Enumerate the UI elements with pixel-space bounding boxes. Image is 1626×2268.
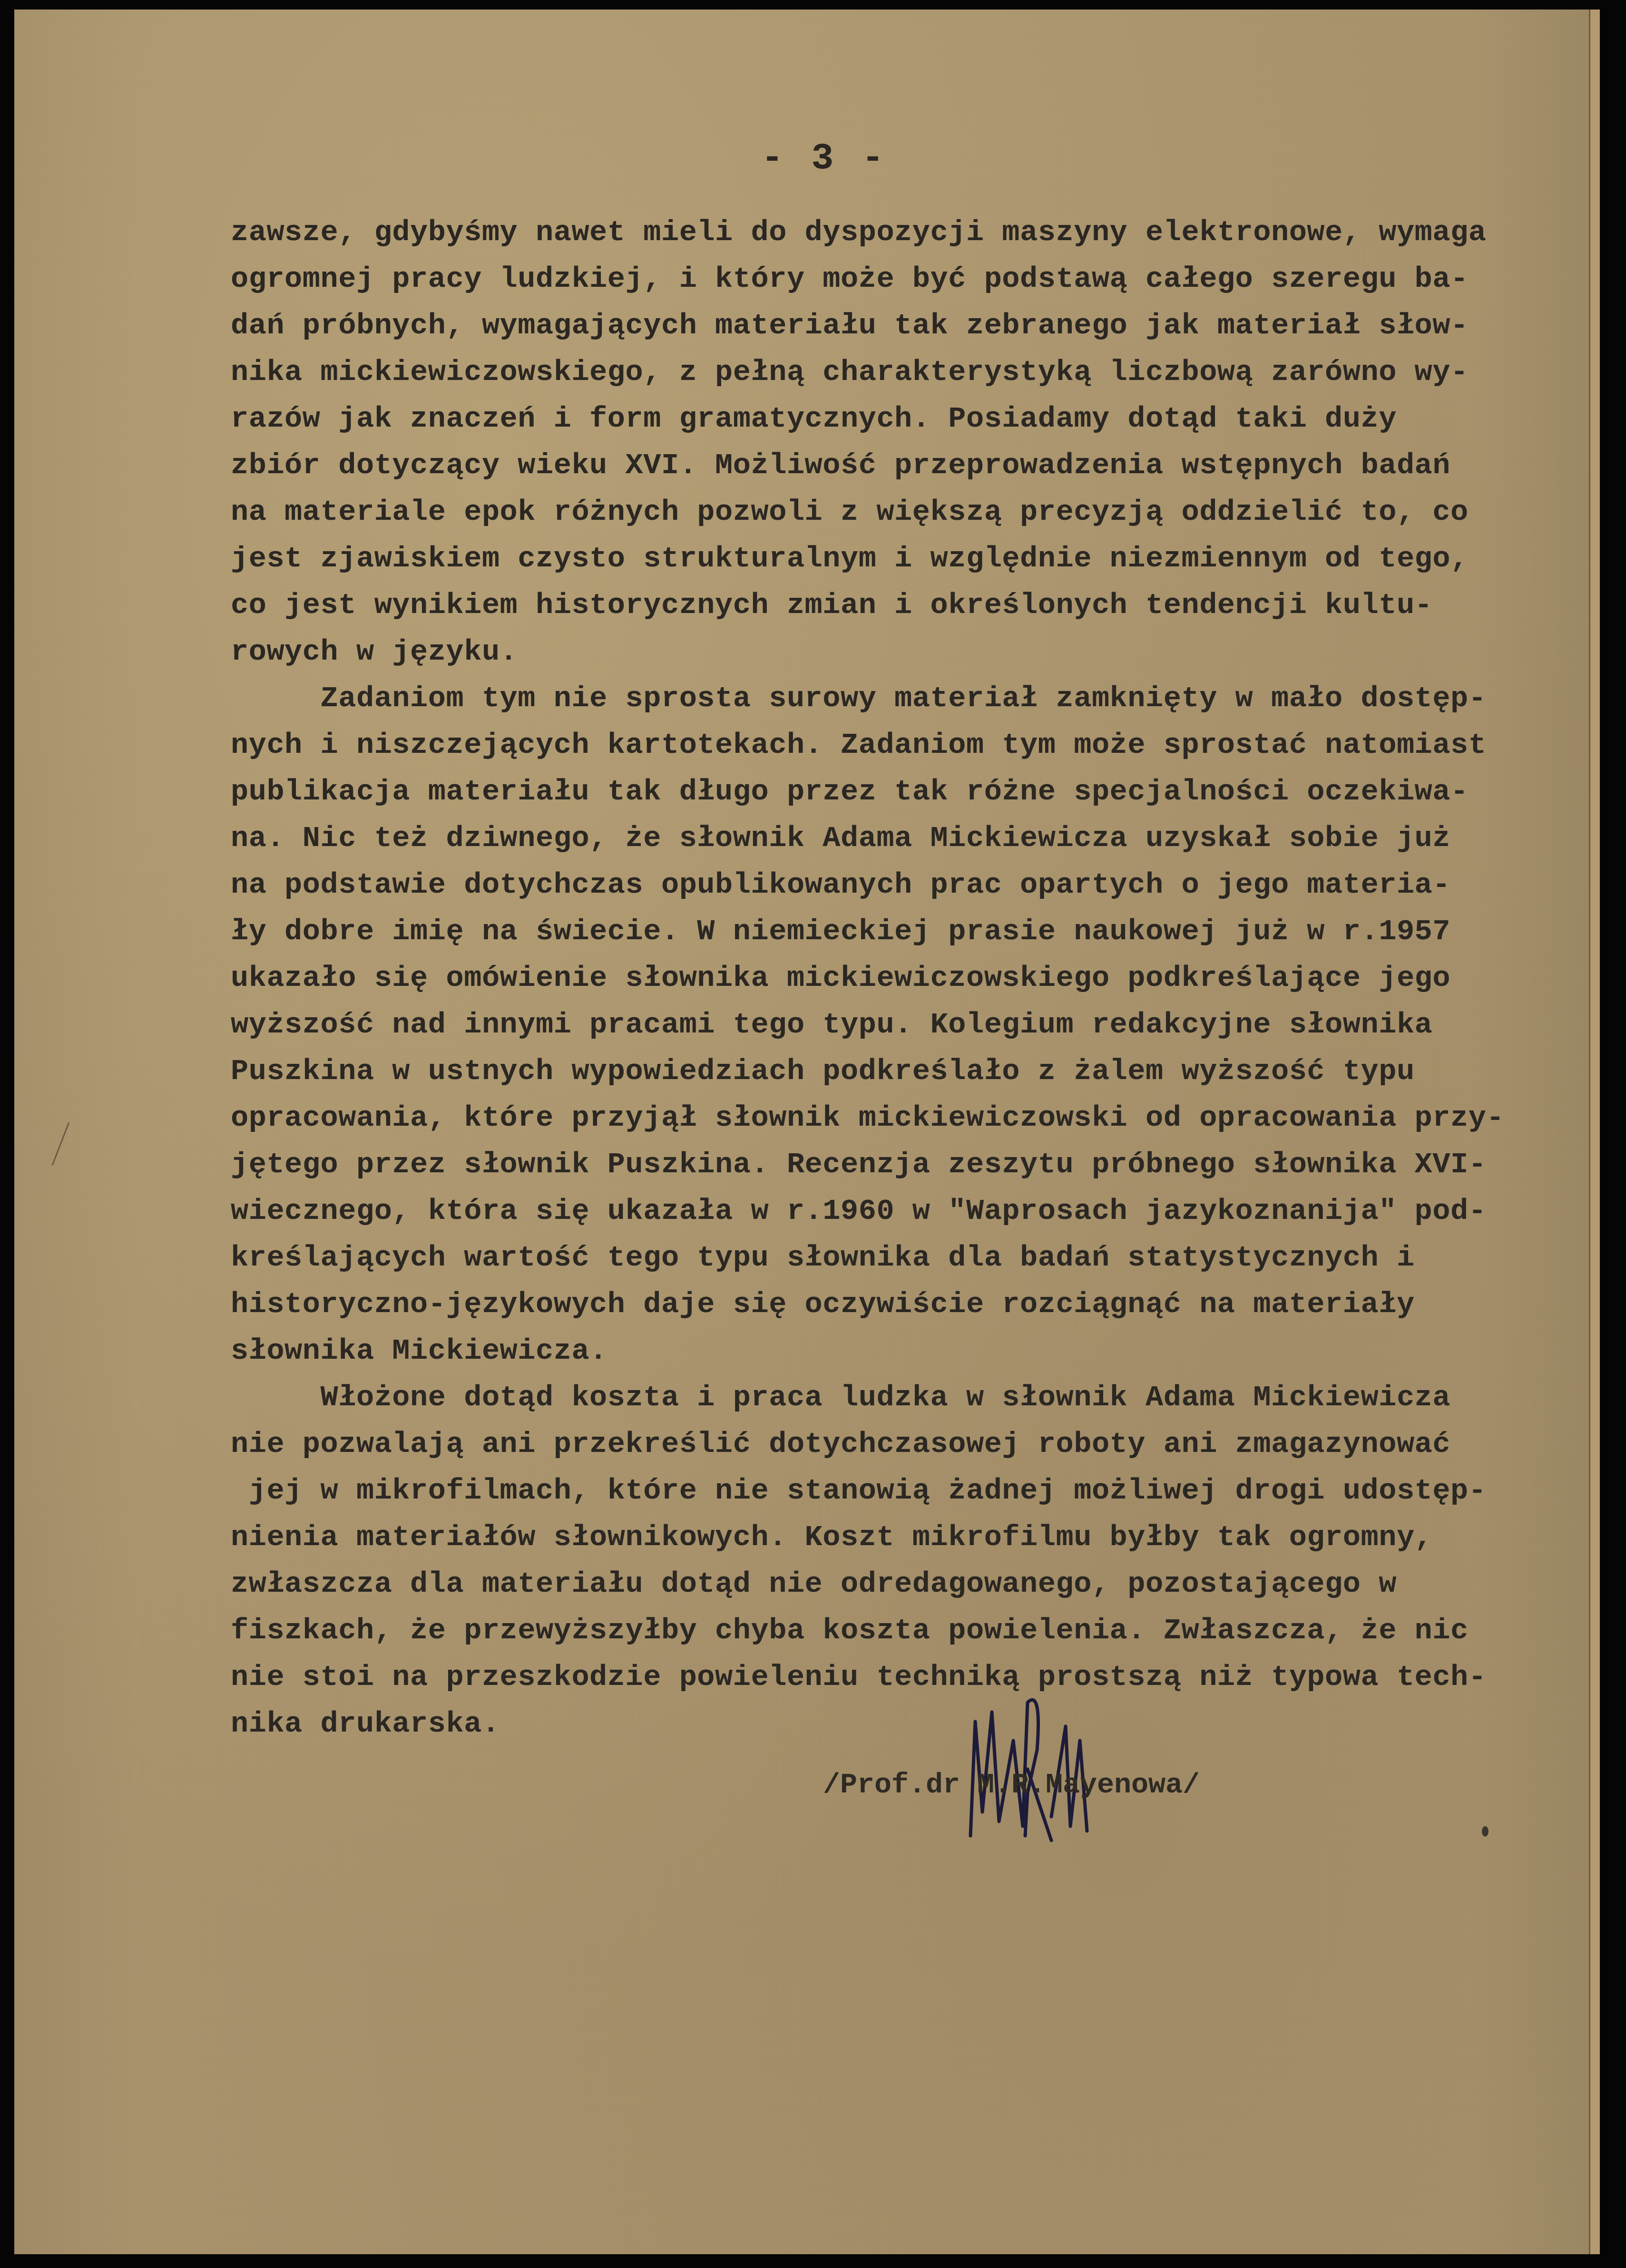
document-body: zawsze, gdybyśmy nawet mieli do dyspozyc… bbox=[231, 209, 1601, 1747]
text-line: nie pozwalają ani przekreślić dotychczas… bbox=[231, 1421, 1601, 1468]
text-line: ogromnej pracy ludzkiej, i który może by… bbox=[231, 256, 1601, 302]
ink-mark bbox=[1482, 1826, 1489, 1837]
text-line: wyższość nad innymi pracami tego typu. K… bbox=[231, 1002, 1601, 1048]
text-line: razów jak znaczeń i form gramatycznych. … bbox=[231, 396, 1601, 442]
text-line: na podstawie dotychczas opublikowanych p… bbox=[231, 862, 1601, 908]
text-line: na materiale epok różnych pozwoli z więk… bbox=[231, 489, 1601, 535]
text-line: ły dobre imię na świecie. W niemieckiej … bbox=[231, 908, 1601, 955]
text-line: nika drukarska. bbox=[231, 1701, 1601, 1747]
text-line: zwłaszcza dla materiału dotąd nie odreda… bbox=[231, 1561, 1601, 1607]
text-line: nych i niszczejących kartotekach. Zadani… bbox=[231, 722, 1601, 769]
text-line: ukazało się omówienie słownika mickiewic… bbox=[231, 955, 1601, 1002]
text-line: fiszkach, że przewyższyłby chyba koszta … bbox=[231, 1607, 1601, 1654]
text-line: zbiór dotyczący wieku XVI. Możliwość prz… bbox=[231, 442, 1601, 489]
text-line: nika mickiewiczowskiego, z pełną charakt… bbox=[231, 349, 1601, 396]
text-line: kreślających wartość tego typu słownika … bbox=[231, 1235, 1601, 1281]
text-line: wiecznego, która się ukazała w r.1960 w … bbox=[231, 1188, 1601, 1235]
text-line: jej w mikrofilmach, które nie stanowią ż… bbox=[231, 1468, 1601, 1514]
text-line: nienia materiałów słownikowych. Koszt mi… bbox=[231, 1514, 1601, 1561]
text-line: na. Nic też dziwnego, że słownik Adama M… bbox=[231, 815, 1601, 862]
text-line: zawsze, gdybyśmy nawet mieli do dyspozyc… bbox=[231, 209, 1601, 256]
text-line: Włożone dotąd koszta i praca ludzka w sł… bbox=[231, 1374, 1601, 1421]
margin-pencil-mark bbox=[48, 1118, 76, 1170]
page-number: - 3 - bbox=[761, 138, 887, 180]
text-line: słownika Mickiewicza. bbox=[231, 1328, 1601, 1374]
text-line: opracowania, które przyjął słownik micki… bbox=[231, 1095, 1601, 1141]
text-line: historyczno-językowych daje się oczywiśc… bbox=[231, 1281, 1601, 1328]
text-line: jest zjawiskiem czysto strukturalnym i w… bbox=[231, 535, 1601, 582]
text-line: jętego przez słownik Puszkina. Recenzja … bbox=[231, 1141, 1601, 1188]
text-line: rowych w języku. bbox=[231, 629, 1601, 675]
text-line: dań próbnych, wymagających materiału tak… bbox=[231, 302, 1601, 349]
text-line: nie stoi na przeszkodzie powieleniu tech… bbox=[231, 1654, 1601, 1701]
text-line: Puszkina w ustnych wypowiedziach podkreś… bbox=[231, 1048, 1601, 1095]
text-line: co jest wynikiem historycznych zmian i o… bbox=[231, 582, 1601, 629]
text-line: Zadaniom tym nie sprosta surowy materiał… bbox=[231, 675, 1601, 722]
text-line: publikacja materiału tak długo przez tak… bbox=[231, 769, 1601, 815]
typed-signature: /Prof.dr M.R.Mayenowa/ bbox=[823, 1769, 1200, 1801]
